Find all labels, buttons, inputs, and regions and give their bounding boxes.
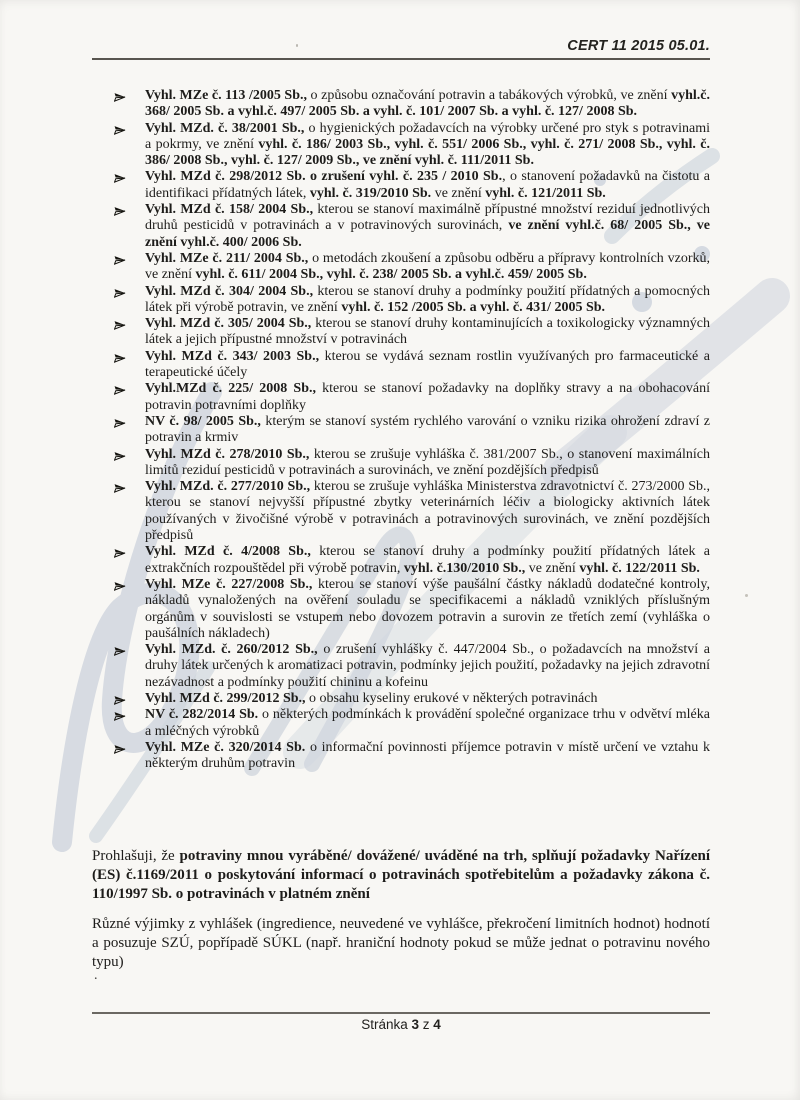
list-item: Vyhl. MZd. č. 260/2012 Sb., o zrušení vy… <box>92 642 710 691</box>
arrowhead-bullet-icon <box>114 710 126 720</box>
text-run: NV č. 98/ 2005 Sb., <box>145 414 261 429</box>
text-run: Vyhl. MZd č. 305/ 2004 Sb., <box>145 316 311 331</box>
list-item: Vyhl. MZd č. 304/ 2004 Sb., kterou se st… <box>92 284 710 317</box>
arrowhead-bullet-icon <box>114 743 126 753</box>
text-run: Vyhl. MZd č. 304/ 2004 Sb., <box>145 284 313 299</box>
footer-page-label: Stránka <box>361 1017 411 1032</box>
text-run: Vyhl. MZe č. 113 /2005 Sb., <box>145 88 307 103</box>
list-item: NV č. 98/ 2005 Sb., kterým se stanoví sy… <box>92 414 710 447</box>
document-code: CERT 11 2015 05.01. <box>567 38 710 54</box>
arrowhead-bullet-icon <box>114 482 126 492</box>
arrowhead-bullet-icon <box>114 254 126 264</box>
list-item: Vyhl. MZd. č. 277/2010 Sb., kterou se zr… <box>92 479 710 544</box>
list-item: Vyhl. MZd č. 278/2010 Sb., kterou se zru… <box>92 447 710 480</box>
text-run: NV č. 282/2014 Sb. <box>145 707 258 722</box>
text-run: Různé výjimky z vyhlášek (ingredience, n… <box>92 916 710 970</box>
list-item: Vyhl. MZd č. 4/2008 Sb., kterou se stano… <box>92 544 710 577</box>
text-run: Vyhl. MZd č. 299/2012 Sb., <box>145 691 306 706</box>
text-run: vyhl. č. 121/2011 Sb. <box>485 186 606 201</box>
arrowhead-bullet-icon <box>114 694 126 704</box>
text-run: Vyhl. MZd č. 298/2012 Sb. o zrušení vyhl… <box>145 169 502 184</box>
footer-of-word: z <box>419 1017 433 1032</box>
arrowhead-bullet-icon <box>114 205 126 215</box>
text-run: vyhl. č. 611/ 2004 Sb., vyhl. č. 238/ 20… <box>196 267 587 282</box>
text-run: Vyhl. MZd č. 278/2010 Sb., <box>145 447 309 462</box>
list-item: Vyhl. MZe č. 113 /2005 Sb., o způsobu oz… <box>92 88 710 121</box>
text-run: Vyhl. MZd. č. 260/2012 Sb., <box>145 642 318 657</box>
arrowhead-bullet-icon <box>114 91 126 101</box>
text-run: vyhl. č. 319/2010 Sb. <box>310 186 431 201</box>
text-run: Vyhl. MZd č. 158/ 2004 Sb., <box>145 202 313 217</box>
footer-total-pages: 4 <box>433 1017 441 1032</box>
arrowhead-bullet-icon <box>114 547 126 557</box>
text-run: ve znění <box>525 561 579 576</box>
arrowhead-bullet-icon <box>114 580 126 590</box>
text-run: Vyhl.MZd č. 225/ 2008 Sb., <box>145 381 316 396</box>
list-item: Vyhl.MZd č. 225/ 2008 Sb., kterou se sta… <box>92 381 710 414</box>
text-run: Prohlašuji, že <box>92 848 180 864</box>
arrowhead-bullet-icon <box>114 450 126 460</box>
list-item: Vyhl. MZd č. 298/2012 Sb. o zrušení vyhl… <box>92 169 710 202</box>
list-item: Vyhl. MZd č. 299/2012 Sb., o obsahu kyse… <box>92 691 710 707</box>
text-run: o obsahu kyseliny erukové v některých po… <box>306 691 598 706</box>
text-run: Vyhl. MZd č. 4/2008 Sb., <box>145 544 311 559</box>
list-item: Vyhl. MZd. č. 38/2001 Sb., o hygienickýc… <box>92 121 710 170</box>
text-run: potraviny mnou vyráběné/ dovážené/ uvádě… <box>92 848 710 902</box>
page-footer: Stránka 3 z 4 <box>92 1012 710 1032</box>
scanned-document-page: CERT 11 2015 05.01. Vyhl. MZe č. 113 /20… <box>0 0 800 1100</box>
scan-speck <box>296 44 298 47</box>
arrowhead-bullet-icon <box>114 645 126 655</box>
text-run: vyhl. č. 122/2011 Sb. <box>579 561 700 576</box>
list-item: Vyhl. MZd č. 305/ 2004 Sb., kterou se st… <box>92 316 710 349</box>
text-run: o způsobu označování potravin a tabákový… <box>307 88 671 103</box>
arrowhead-bullet-icon <box>114 417 126 427</box>
scan-speck <box>745 594 748 597</box>
arrowhead-bullet-icon <box>114 124 126 134</box>
text-run: vyhl. č. 152 /2005 Sb. a vyhl. č. 431/ 2… <box>341 300 605 315</box>
exceptions-paragraph: Různé výjimky z vyhlášek (ingredience, n… <box>92 915 710 972</box>
declaration-paragraph: Prohlašuji, že potraviny mnou vyráběné/ … <box>92 847 710 904</box>
list-item: NV č. 282/2014 Sb. o některých podmínkác… <box>92 707 710 740</box>
text-run: vyhl. č.130/2010 Sb., <box>404 561 525 576</box>
arrowhead-bullet-icon <box>114 172 126 182</box>
list-item: Vyhl. MZe č. 320/2014 Sb. o informační p… <box>92 740 710 773</box>
page-header: CERT 11 2015 05.01. <box>92 38 710 60</box>
text-run: Vyhl. MZe č. 320/2014 Sb. <box>145 740 305 755</box>
text-run: Vyhl. MZd. č. 38/2001 Sb., <box>145 121 304 136</box>
text-run: Vyhl. MZd. č. 277/2010 Sb., <box>145 479 310 494</box>
arrowhead-bullet-icon <box>114 319 126 329</box>
text-run: ve znění <box>431 186 485 201</box>
list-item: Vyhl. MZd č. 343/ 2003 Sb., kterou se vy… <box>92 349 710 382</box>
stray-dot-mark: . <box>94 968 98 984</box>
arrowhead-bullet-icon <box>114 287 126 297</box>
text-run: Vyhl. MZe č. 227/2008 Sb., <box>145 577 312 592</box>
text-run: Vyhl. MZd č. 343/ 2003 Sb., <box>145 349 319 364</box>
arrowhead-bullet-icon <box>114 352 126 362</box>
decree-list: Vyhl. MZe č. 113 /2005 Sb., o způsobu oz… <box>92 88 710 772</box>
footer-page-number: 3 <box>411 1017 419 1032</box>
list-item: Vyhl. MZd č. 158/ 2004 Sb., kterou se st… <box>92 202 710 251</box>
text-run: Vyhl. MZe č. 211/ 2004 Sb., <box>145 251 308 266</box>
arrowhead-bullet-icon <box>114 384 126 394</box>
list-item: Vyhl. MZe č. 227/2008 Sb., kterou se sta… <box>92 577 710 642</box>
list-item: Vyhl. MZe č. 211/ 2004 Sb., o metodách z… <box>92 251 710 284</box>
